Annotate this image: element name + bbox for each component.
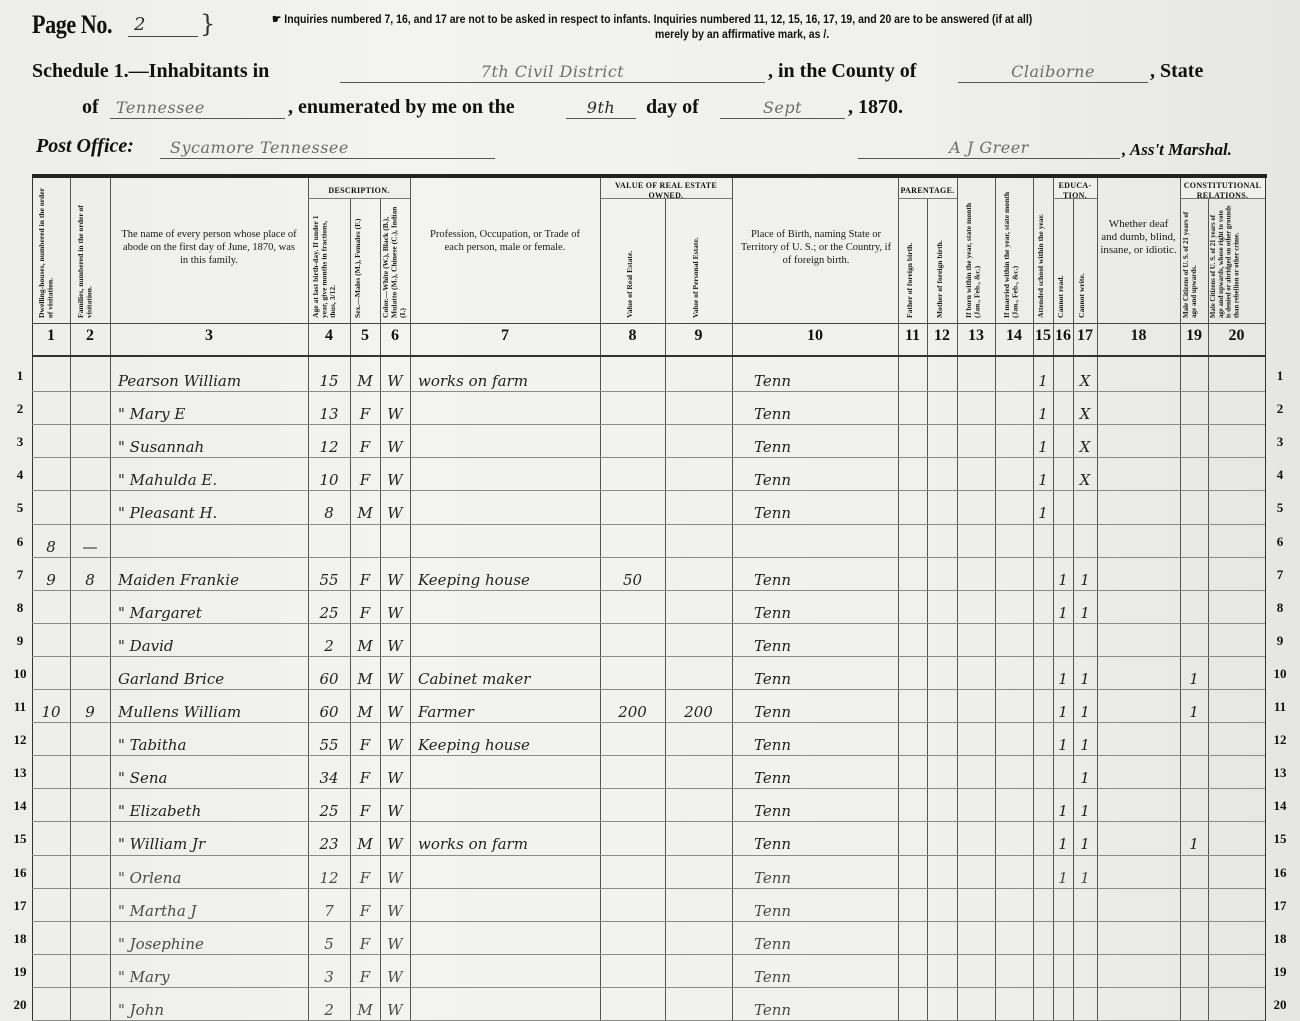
cell-school: 1 <box>1033 372 1053 390</box>
cell-birthplace: Tenn <box>754 372 896 390</box>
column-number-16: 16 <box>1053 327 1073 345</box>
cell-birthplace: Tenn <box>754 438 896 456</box>
cell-color: W <box>380 935 410 953</box>
group-header-parentage: Parentage. <box>898 186 957 196</box>
header-bottom-rule <box>32 323 1265 324</box>
cell-name: " Susannah <box>118 438 306 456</box>
cell-birthplace: Tenn <box>754 1001 896 1019</box>
month-field: Sept <box>720 98 845 119</box>
cell-birthplace: Tenn <box>754 504 896 522</box>
column-number-18: 18 <box>1097 327 1180 345</box>
column-divider <box>600 178 601 1021</box>
cell-age: 13 <box>308 405 350 423</box>
cell-cannot-read: 1 <box>1053 802 1073 820</box>
header-col-6: Color.—White (W.), Black (B.), Mulatto (… <box>382 205 408 318</box>
row-rule <box>32 722 1265 723</box>
cell-cannot-write: X <box>1073 471 1097 489</box>
line-number-left: 19 <box>8 964 32 980</box>
cell-age: 5 <box>308 935 350 953</box>
line-number-right: 14 <box>1268 798 1292 814</box>
column-number-7: 7 <box>410 327 600 345</box>
cell-name: " Mahulda E. <box>118 471 306 489</box>
header-col-5: Sex.—Males (M.), Females (F.) <box>354 205 376 318</box>
column-number-8: 8 <box>600 327 665 345</box>
cell-name: Mullens William <box>118 703 306 721</box>
row-rule <box>32 557 1265 558</box>
cell-name: " Mary <box>118 968 306 986</box>
cell-cannot-write: 1 <box>1073 703 1097 721</box>
line-number-left: 18 <box>8 931 32 947</box>
cell-color: W <box>380 802 410 820</box>
cell-age: 55 <box>308 571 350 589</box>
column-number-19: 19 <box>1180 327 1208 345</box>
cell-color: W <box>380 438 410 456</box>
row-rule <box>32 755 1265 756</box>
enumerated-label: , enumerated by me on the <box>288 96 515 119</box>
cell-citizen: 1 <box>1180 670 1208 688</box>
row-rule <box>32 821 1265 822</box>
cell-color: W <box>380 637 410 655</box>
line-number-right: 1 <box>1268 368 1292 384</box>
header-col-10: Place of Birth, naming State or Territor… <box>738 228 894 267</box>
line-number-right: 11 <box>1268 699 1292 715</box>
cell-age: 8 <box>308 504 350 522</box>
group-header-constitutional: Constitutional Relations. <box>1180 181 1265 201</box>
cell-sex: F <box>350 736 380 754</box>
of-label: of <box>82 96 99 119</box>
header-col-18: Whether deaf and dumb, blind, insane, or… <box>1100 218 1177 257</box>
column-divider <box>1033 178 1034 1021</box>
column-divider <box>665 178 666 1021</box>
header-col-8: Value of Real Estate. <box>626 205 640 318</box>
row-rule <box>32 888 1265 889</box>
cell-dwelling: 8 <box>32 538 70 556</box>
cell-age: 55 <box>308 736 350 754</box>
cell-sex: F <box>350 968 380 986</box>
cell-age: 23 <box>308 835 350 853</box>
cell-sex: M <box>350 637 380 655</box>
row-rule <box>32 954 1265 955</box>
cell-birthplace: Tenn <box>754 902 896 920</box>
cell-color: W <box>380 604 410 622</box>
page-number-value: 2 <box>128 14 198 37</box>
line-number-right: 6 <box>1268 534 1292 550</box>
cell-sex: F <box>350 769 380 787</box>
cell-birthplace: Tenn <box>754 471 896 489</box>
cell-personal-estate: 200 <box>665 703 732 721</box>
cell-age: 60 <box>308 703 350 721</box>
line-number-right: 7 <box>1268 567 1292 583</box>
column-number-15: 15 <box>1033 327 1053 345</box>
cell-color: W <box>380 670 410 688</box>
cell-birthplace: Tenn <box>754 604 896 622</box>
line-number-left: 14 <box>8 798 32 814</box>
line-number-left: 3 <box>8 434 32 450</box>
cell-sex: F <box>350 869 380 887</box>
marshal-name-field: A J Greer <box>858 138 1120 159</box>
cell-birthplace: Tenn <box>754 835 896 853</box>
cell-color: W <box>380 769 410 787</box>
cell-family: 8 <box>70 571 110 589</box>
cell-color: W <box>380 1001 410 1019</box>
column-number-17: 17 <box>1073 327 1097 345</box>
column-number-9: 9 <box>665 327 732 345</box>
line-number-right: 8 <box>1268 600 1292 616</box>
cell-cannot-read: 1 <box>1053 736 1073 754</box>
cell-dwelling: 9 <box>32 571 70 589</box>
column-divider <box>995 178 996 1021</box>
column-number-1: 1 <box>32 327 70 345</box>
cell-real-estate: 200 <box>600 703 665 721</box>
cell-cannot-read: 1 <box>1053 571 1073 589</box>
cell-birthplace: Tenn <box>754 670 896 688</box>
cell-cannot-write: X <box>1073 438 1097 456</box>
cell-cannot-write: X <box>1073 372 1097 390</box>
cell-birthplace: Tenn <box>754 968 896 986</box>
column-divider <box>957 178 958 1021</box>
cell-cannot-write: 1 <box>1073 604 1097 622</box>
header-col-4: Age at last birth-day. If under 1 year, … <box>312 205 346 318</box>
line-number-left: 17 <box>8 898 32 914</box>
cell-occupation: Keeping house <box>418 571 598 589</box>
cell-birthplace: Tenn <box>754 703 896 721</box>
group-header-rule <box>898 198 957 199</box>
cell-color: W <box>380 372 410 390</box>
state-label: , State <box>1150 60 1203 83</box>
cell-age: 3 <box>308 968 350 986</box>
cell-cannot-write: 1 <box>1073 869 1097 887</box>
column-divider <box>732 178 733 1021</box>
instructions-line-2: merely by an affirmative mark, as /. <box>655 27 829 41</box>
column-divider <box>110 178 111 1021</box>
column-divider <box>898 178 899 1021</box>
group-header-rule <box>308 198 410 199</box>
line-number-right: 3 <box>1268 434 1292 450</box>
post-office-label: Post Office: <box>36 135 134 158</box>
cell-birthplace: Tenn <box>754 637 896 655</box>
header-col-19: Male Citizens of U. S. of 21 years of ag… <box>1182 205 1206 318</box>
column-divider <box>927 178 928 1021</box>
cell-cannot-write: 1 <box>1073 835 1097 853</box>
line-number-right: 4 <box>1268 467 1292 483</box>
header-col-3: The name of every person whose place of … <box>118 228 300 267</box>
header-col-12: Mother of foreign birth. <box>936 205 950 318</box>
cell-cannot-write: 1 <box>1073 571 1097 589</box>
cell-school: 1 <box>1033 438 1053 456</box>
cell-color: W <box>380 471 410 489</box>
cell-cannot-write: X <box>1073 405 1097 423</box>
cell-school: 1 <box>1033 405 1053 423</box>
line-number-left: 9 <box>8 633 32 649</box>
cell-name: " Orlena <box>118 869 306 887</box>
header-col-7: Profession, Occupation, or Trade of each… <box>425 228 585 254</box>
census-page: Page No. 2 } ☛ Inquiries numbered 7, 16,… <box>0 0 1300 1021</box>
column-number-11: 11 <box>898 327 927 345</box>
cell-sex: F <box>350 604 380 622</box>
column-number-6: 6 <box>380 327 410 345</box>
cell-age: 25 <box>308 802 350 820</box>
cell-cannot-read: 1 <box>1053 835 1073 853</box>
column-divider <box>70 178 71 1021</box>
cell-age: 25 <box>308 604 350 622</box>
column-number-12: 12 <box>927 327 957 345</box>
column-number-2: 2 <box>70 327 110 345</box>
line-number-left: 10 <box>8 666 32 682</box>
cell-sex: F <box>350 471 380 489</box>
cell-name: " Sena <box>118 769 306 787</box>
header-col-1: Dwelling-houses, numbered in the order o… <box>38 184 66 318</box>
line-number-left: 8 <box>8 600 32 616</box>
cell-age: 2 <box>308 637 350 655</box>
cell-name: " Josephine <box>118 935 306 953</box>
cell-birthplace: Tenn <box>754 769 896 787</box>
post-office-field: Sycamore Tennessee <box>160 138 495 159</box>
group-header-real-estate: Value of Real Estate owned. <box>600 181 732 201</box>
page-number-label: Page No. <box>32 10 112 40</box>
line-number-left: 13 <box>8 765 32 781</box>
line-number-left: 6 <box>8 534 32 550</box>
cell-occupation: works on farm <box>418 835 598 853</box>
cell-color: W <box>380 902 410 920</box>
column-number-5: 5 <box>350 327 380 345</box>
cell-color: W <box>380 703 410 721</box>
cell-birthplace: Tenn <box>754 405 896 423</box>
line-number-right: 5 <box>1268 500 1292 516</box>
cell-color: W <box>380 405 410 423</box>
line-number-right: 2 <box>1268 401 1292 417</box>
cell-age: 15 <box>308 372 350 390</box>
line-number-left: 20 <box>8 997 32 1013</box>
cell-name: Maiden Frankie <box>118 571 306 589</box>
cell-sex: M <box>350 670 380 688</box>
line-number-left: 2 <box>8 401 32 417</box>
row-rule <box>32 524 1265 525</box>
county-field: Claiborne <box>958 62 1148 83</box>
cell-sex: F <box>350 935 380 953</box>
instructions-line-1: ☛ Inquiries numbered 7, 16, and 17 are n… <box>272 12 1123 27</box>
row-rule <box>32 689 1265 690</box>
cell-birthplace: Tenn <box>754 571 896 589</box>
column-divider <box>1097 178 1098 1021</box>
column-divider <box>1180 178 1181 1021</box>
cell-age: 10 <box>308 471 350 489</box>
cell-sex: M <box>350 1001 380 1019</box>
day-field: 9th <box>566 98 636 119</box>
cell-sex: M <box>350 703 380 721</box>
cell-color: W <box>380 736 410 754</box>
row-rule <box>32 788 1265 789</box>
cell-name: Garland Brice <box>118 670 306 688</box>
cell-sex: F <box>350 438 380 456</box>
cell-sex: F <box>350 802 380 820</box>
cell-citizen: 1 <box>1180 835 1208 853</box>
cell-sex: F <box>350 405 380 423</box>
schedule-label: Schedule 1.—Inhabitants in <box>32 60 269 83</box>
number-row-rule <box>32 355 1265 357</box>
state-field: Tennessee <box>110 98 285 119</box>
cell-cannot-write: 1 <box>1073 802 1097 820</box>
column-divider <box>1073 178 1074 1021</box>
cell-name: " John <box>118 1001 306 1019</box>
line-number-left: 11 <box>8 699 32 715</box>
line-number-right: 13 <box>1268 765 1292 781</box>
county-label: , in the County of <box>768 60 916 83</box>
column-divider <box>410 178 411 1021</box>
line-number-left: 12 <box>8 732 32 748</box>
row-rule <box>32 987 1265 988</box>
cell-cannot-read: 1 <box>1053 604 1073 622</box>
header-col-15: Attended school within the year. <box>1037 184 1051 318</box>
line-number-left: 16 <box>8 865 32 881</box>
cell-age: 12 <box>308 869 350 887</box>
cell-sex: M <box>350 504 380 522</box>
line-number-right: 20 <box>1268 997 1292 1013</box>
column-divider <box>1053 178 1054 1021</box>
cell-age: 2 <box>308 1001 350 1019</box>
line-number-left: 1 <box>8 368 32 384</box>
cell-age: 7 <box>308 902 350 920</box>
column-number-13: 13 <box>957 327 995 345</box>
cell-name: " Martha J <box>118 902 306 920</box>
cell-name: " Elizabeth <box>118 802 306 820</box>
day-of-label: day of <box>646 96 699 119</box>
line-number-right: 19 <box>1268 964 1292 980</box>
cell-color: W <box>380 869 410 887</box>
cell-name: " Margaret <box>118 604 306 622</box>
line-number-right: 15 <box>1268 831 1292 847</box>
line-number-left: 5 <box>8 500 32 516</box>
cell-age: 12 <box>308 438 350 456</box>
line-number-right: 16 <box>1268 865 1292 881</box>
row-rule <box>32 656 1265 657</box>
cell-school: 1 <box>1033 471 1053 489</box>
cell-occupation: Farmer <box>418 703 598 721</box>
cell-occupation: Keeping house <box>418 736 598 754</box>
cell-sex: F <box>350 571 380 589</box>
cell-sex: M <box>350 372 380 390</box>
cell-color: W <box>380 504 410 522</box>
cell-name: " Mary E <box>118 405 306 423</box>
line-number-right: 12 <box>1268 732 1292 748</box>
header-col-20: Male Citizens of U. S. of 21 years of ag… <box>1210 205 1262 318</box>
column-divider <box>1208 178 1209 1021</box>
column-divider <box>350 178 351 1021</box>
header-col-9: Value of Personal Estate. <box>692 205 706 318</box>
line-number-right: 17 <box>1268 898 1292 914</box>
cell-name: " Pleasant H. <box>118 504 306 522</box>
cell-age: 34 <box>308 769 350 787</box>
group-header-description: Description. <box>308 186 410 196</box>
cell-name: " Tabitha <box>118 736 306 754</box>
cell-school: 1 <box>1033 504 1053 522</box>
line-number-right: 9 <box>1268 633 1292 649</box>
column-divider <box>308 178 309 1021</box>
row-rule <box>32 921 1265 922</box>
cell-cannot-read: 1 <box>1053 869 1073 887</box>
cell-color: W <box>380 968 410 986</box>
cell-birthplace: Tenn <box>754 736 896 754</box>
cell-cannot-read: 1 <box>1053 670 1073 688</box>
cell-dwelling: 10 <box>32 703 70 721</box>
cell-name: " David <box>118 637 306 655</box>
line-number-left: 4 <box>8 467 32 483</box>
line-number-right: 18 <box>1268 931 1292 947</box>
column-number-14: 14 <box>995 327 1033 345</box>
header-col-13: If born within the year, state month (Ja… <box>965 184 989 318</box>
column-divider <box>32 178 33 1021</box>
line-number-right: 10 <box>1268 666 1292 682</box>
cell-real-estate: 50 <box>600 571 665 589</box>
year-label: , 1870. <box>848 96 903 119</box>
cell-name: Pearson William <box>118 372 306 390</box>
cell-family: 9 <box>70 703 110 721</box>
cell-cannot-write: 1 <box>1073 670 1097 688</box>
cell-citizen: 1 <box>1180 703 1208 721</box>
row-rule <box>32 590 1265 591</box>
cell-age: 60 <box>308 670 350 688</box>
group-header-education: Educa-tion. <box>1053 181 1097 201</box>
row-rule <box>32 490 1265 491</box>
cell-sex: M <box>350 835 380 853</box>
line-number-left: 7 <box>8 567 32 583</box>
district-field: 7th Civil District <box>340 62 765 83</box>
column-number-20: 20 <box>1208 327 1265 345</box>
header-col-17: Cannot write. <box>1078 205 1092 318</box>
line-number-left: 15 <box>8 831 32 847</box>
header-col-2: Families, numbered in the order of visit… <box>77 184 105 318</box>
header-col-14: If married within the year, state month … <box>1003 184 1027 318</box>
row-rule <box>32 457 1265 458</box>
column-number-10: 10 <box>732 327 898 345</box>
cell-cannot-write: 1 <box>1073 769 1097 787</box>
header-col-16: Cannot read. <box>1057 205 1071 318</box>
row-rule <box>32 424 1265 425</box>
row-rule <box>32 623 1265 624</box>
cell-birthplace: Tenn <box>754 935 896 953</box>
cell-occupation: works on farm <box>418 372 598 390</box>
cell-color: W <box>380 571 410 589</box>
column-divider <box>1265 178 1266 1021</box>
cell-occupation: Cabinet maker <box>418 670 598 688</box>
cell-cannot-read: 1 <box>1053 703 1073 721</box>
cell-color: W <box>380 835 410 853</box>
cell-family: — <box>70 538 110 556</box>
cell-cannot-write: 1 <box>1073 736 1097 754</box>
cell-name: " William Jr <box>118 835 306 853</box>
row-rule <box>32 391 1265 392</box>
cell-birthplace: Tenn <box>754 802 896 820</box>
brace-mark: } <box>200 10 215 38</box>
row-rule <box>32 855 1265 856</box>
column-number-3: 3 <box>110 327 308 345</box>
marshal-label: , Ass't Marshal. <box>1122 140 1232 160</box>
header-col-11: Father of foreign birth. <box>906 205 920 318</box>
column-number-4: 4 <box>308 327 350 345</box>
cell-birthplace: Tenn <box>754 869 896 887</box>
cell-sex: F <box>350 902 380 920</box>
